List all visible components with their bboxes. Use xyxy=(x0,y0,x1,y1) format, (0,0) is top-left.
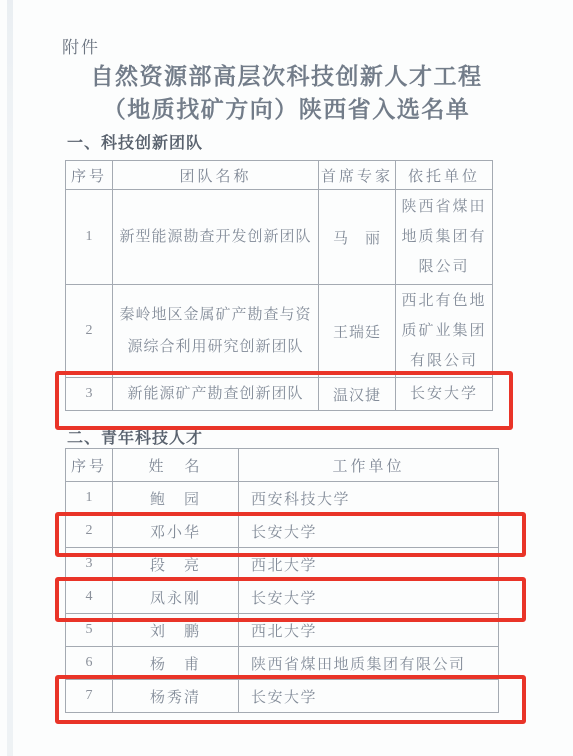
row-number: 6 xyxy=(66,647,113,680)
document-title-line-1: 自然资源部高层次科技创新人才工程 xyxy=(0,60,573,93)
table-row: 2 邓小华 长安大学 xyxy=(66,515,499,548)
row-number: 5 xyxy=(66,614,113,647)
row-number: 1 xyxy=(66,482,113,515)
table-row: 2 秦岭地区金属矿产勘查与资源综合利用研究创新团队 王瑞廷 西北有色地质矿业集团… xyxy=(66,285,493,378)
row-number: 2 xyxy=(66,515,113,548)
work-unit: 陕西省煤田地质集团有限公司 xyxy=(239,647,499,680)
teams-table-header-row: 序号 团队名称 首席专家 依托单位 xyxy=(66,161,493,190)
talents-col-header-work-unit: 工作单位 xyxy=(239,449,499,482)
innovation-teams-table: 序号 团队名称 首席专家 依托单位 1 新型能源勘查开发创新团队 马 丽 陕西省… xyxy=(65,160,493,411)
work-unit: 西北大学 xyxy=(239,614,499,647)
work-unit: 西北大学 xyxy=(239,548,499,581)
team-name: 秦岭地区金属矿产勘查与资源综合利用研究创新团队 xyxy=(113,285,319,378)
section-heading-innovation-teams: 一、科技创新团队 xyxy=(67,130,203,153)
table-row: 1 新型能源勘查开发创新团队 马 丽 陕西省煤田地质集团有限公司 xyxy=(66,190,493,285)
teams-col-header-chief-expert: 首席专家 xyxy=(319,161,396,190)
work-unit: 长安大学 xyxy=(239,515,499,548)
team-name: 新型能源勘查开发创新团队 xyxy=(113,190,319,285)
work-unit: 长安大学 xyxy=(239,581,499,614)
supporting-unit: 西北有色地质矿业集团有限公司 xyxy=(396,285,493,378)
scanned-document-page: 附件 自然资源部高层次科技创新人才工程 （地质找矿方向）陕西省入选名单 一、科技… xyxy=(0,0,573,756)
table-row: 6 杨 甫 陕西省煤田地质集团有限公司 xyxy=(66,647,499,680)
person-name: 鲍 园 xyxy=(113,482,239,515)
talents-col-header-no: 序号 xyxy=(66,449,113,482)
young-talents-table: 序号 姓 名 工作单位 1 鲍 园 西安科技大学 2 邓小华 长安大学 3 段 … xyxy=(65,448,499,713)
person-name: 段 亮 xyxy=(113,548,239,581)
table-row: 7 杨秀清 长安大学 xyxy=(66,680,499,713)
table-row: 1 鲍 园 西安科技大学 xyxy=(66,482,499,515)
person-name: 杨 甫 xyxy=(113,647,239,680)
chief-expert: 王瑞廷 xyxy=(319,285,396,378)
row-number: 1 xyxy=(66,190,113,285)
person-name: 邓小华 xyxy=(113,515,239,548)
section-heading-young-talents: 二、青年科技人才 xyxy=(67,425,203,448)
supporting-unit: 陕西省煤田地质集团有限公司 xyxy=(396,190,493,285)
table-row: 5 刘 鹏 西北大学 xyxy=(66,614,499,647)
chief-expert: 马 丽 xyxy=(319,190,396,285)
person-name: 凤永刚 xyxy=(113,581,239,614)
supporting-unit: 长安大学 xyxy=(396,378,493,411)
person-name: 杨秀清 xyxy=(113,680,239,713)
work-unit: 西安科技大学 xyxy=(239,482,499,515)
row-number: 2 xyxy=(66,285,113,378)
document-title: 自然资源部高层次科技创新人才工程 （地质找矿方向）陕西省入选名单 xyxy=(0,60,573,126)
teams-col-header-no: 序号 xyxy=(66,161,113,190)
document-title-line-2: （地质找矿方向）陕西省入选名单 xyxy=(0,93,573,126)
team-name: 新能源矿产勘查创新团队 xyxy=(113,378,319,411)
table-row: 4 凤永刚 长安大学 xyxy=(66,581,499,614)
row-number: 7 xyxy=(66,680,113,713)
talents-col-header-name: 姓 名 xyxy=(113,449,239,482)
row-number: 4 xyxy=(66,581,113,614)
row-number: 3 xyxy=(66,548,113,581)
row-number: 3 xyxy=(66,378,113,411)
table-row: 3 段 亮 西北大学 xyxy=(66,548,499,581)
table-row: 3 新能源矿产勘查创新团队 温汉捷 长安大学 xyxy=(66,378,493,411)
attachment-label: 附件 xyxy=(62,33,100,58)
work-unit: 长安大学 xyxy=(239,680,499,713)
teams-col-header-supporting-unit: 依托单位 xyxy=(396,161,493,190)
teams-col-header-team-name: 团队名称 xyxy=(113,161,319,190)
person-name: 刘 鹏 xyxy=(113,614,239,647)
talents-table-header-row: 序号 姓 名 工作单位 xyxy=(66,449,499,482)
chief-expert: 温汉捷 xyxy=(319,378,396,411)
